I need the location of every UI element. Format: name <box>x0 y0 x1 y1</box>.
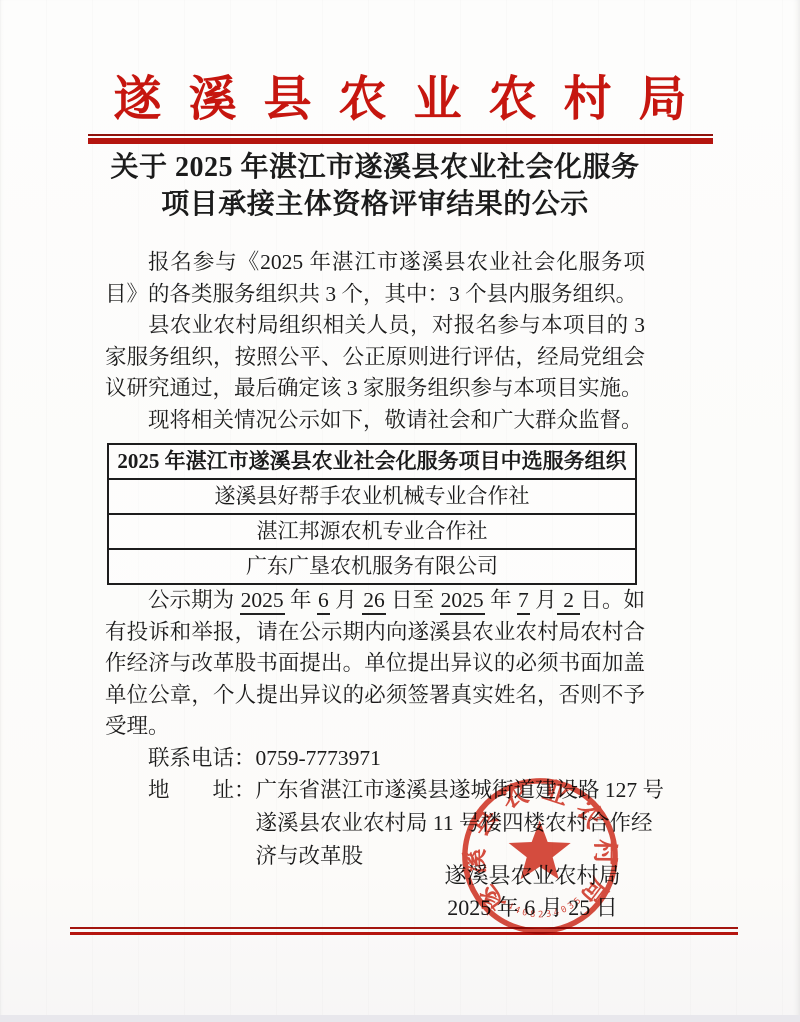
table-row: 广东广垦农机服务有限公司 <box>109 548 635 583</box>
body-paragraph-2: 县农业农村局组织相关人员，对报名参与本项目的 3 家服务组织，按照公平、公正原则… <box>105 310 645 405</box>
title-line-2: 项目承接主体资格评审结果的公示 <box>105 186 645 223</box>
notice-text-part: 月 <box>530 588 557 612</box>
address-label: 地 址： <box>148 774 256 873</box>
notice-text-part: 公示期为 <box>148 588 240 612</box>
body-paragraph-3: 现将相关情况公示如下，敬请社会和广大群众监督。 <box>105 405 645 437</box>
scan-bottom-edge <box>0 1015 800 1022</box>
notice-text-part: 年 <box>485 588 517 612</box>
notice-text-part: 年 <box>285 588 317 612</box>
notice-paragraph: 公示期为 2025 年 6 月 26 日至 2025 年 7 月 2 日。如有投… <box>105 585 645 743</box>
table-row: 遂溪县好帮手农业机械专业合作社 <box>109 478 635 513</box>
underlined-date-part: 2025 <box>440 588 485 615</box>
underlined-date-part: 26 <box>362 588 386 615</box>
underlined-date-part: 2025 <box>240 588 285 615</box>
notice-paragraph-text: 公示期为 2025 年 6 月 26 日至 2025 年 7 月 2 日。如有投… <box>105 588 645 738</box>
table-header-row: 2025 年湛江市遂溪县农业社会化服务项目中选服务组织 <box>109 445 635 478</box>
body-paragraph-1: 报名参与《2025 年湛江市遂溪县农业社会化服务项目》的各类服务组织共 3 个，… <box>105 247 645 310</box>
notice-text-part: 日至 <box>386 588 440 612</box>
table-row: 湛江邦源农机专业合作社 <box>109 513 635 548</box>
selection-table-body: 遂溪县好帮手农业机械专业合作社湛江邦源农机专业合作社广东广垦农机服务有限公司 <box>109 478 635 583</box>
official-seal-stamp: 遂溪县农业农村局 4408234035 <box>448 764 633 949</box>
seal-star-icon <box>509 820 571 879</box>
scanned-document-page: 遂溪县农业农村局 关于 2025 年湛江市遂溪县农业社会化服务 项目承接主体资格… <box>0 0 800 1022</box>
letterhead-rule-thin <box>88 134 713 136</box>
agency-letterhead: 遂溪县农业农村局 <box>0 60 800 129</box>
selection-table: 2025 年湛江市遂溪县农业社会化服务项目中选服务组织 遂溪县好帮手农业机械专业… <box>107 443 637 585</box>
notice-text-part: 月 <box>330 588 362 612</box>
letterhead-rule-thick <box>88 138 713 144</box>
footer-rule-thin <box>70 927 738 929</box>
document-title: 关于 2025 年湛江市遂溪县农业社会化服务 项目承接主体资格评审结果的公示 <box>105 149 645 223</box>
underlined-date-part: 2 <box>557 588 581 615</box>
underlined-date-part: 6 <box>317 588 330 615</box>
title-line-1: 关于 2025 年湛江市遂溪县农业社会化服务 <box>105 149 645 186</box>
underlined-date-part: 7 <box>517 588 530 615</box>
footer-rule-thick <box>70 932 738 935</box>
